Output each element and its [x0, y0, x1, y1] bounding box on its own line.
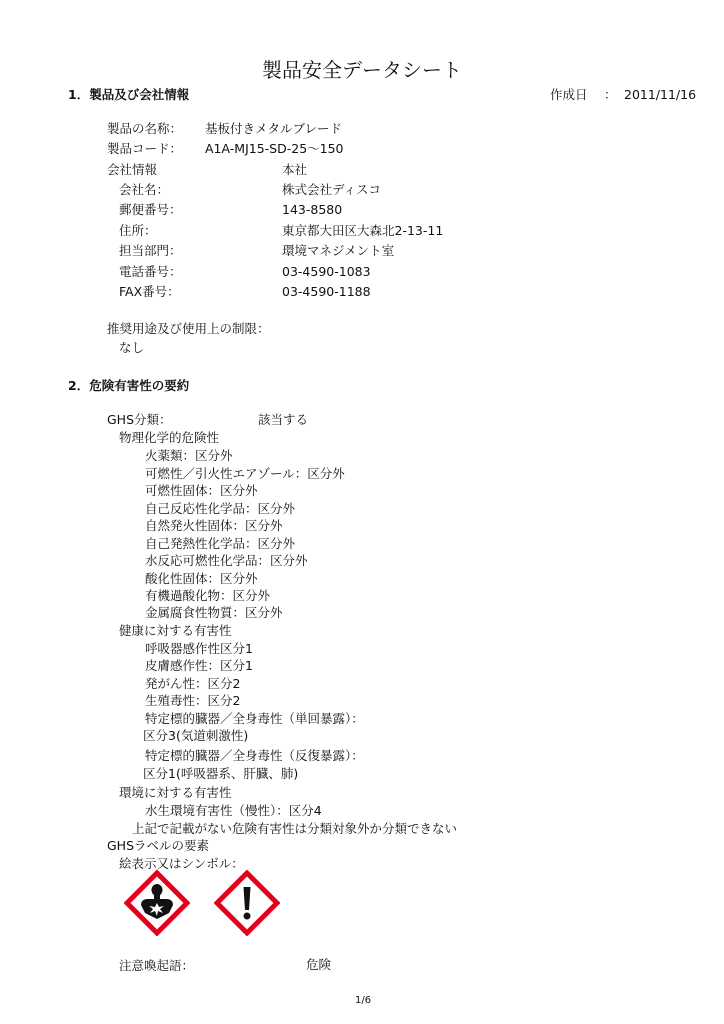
environmental-hazard-item: 水生環境有害性（慢性）：区分4 [145, 805, 322, 818]
health-hazard-item: 特定標的臓器／全身毒性（反復暴露）： [145, 750, 364, 763]
address-value: 東京都大田区大森北2-13-11 [282, 225, 443, 238]
company-info-label: 会社情報 [107, 164, 157, 177]
product-name-label: 製品の名称： [107, 123, 182, 136]
company-info-value: 本社 [282, 164, 307, 177]
department-value: 環境マネジメント室 [282, 245, 394, 258]
health-hazard-item: 生殖毒性：区分2 [145, 695, 240, 708]
recommended-use-value: なし [119, 342, 144, 355]
physical-hazard-item: 火薬類：区分外 [145, 450, 233, 463]
environmental-hazards-label: 環境に対する有害性 [119, 787, 232, 800]
address-label: 住所： [119, 225, 157, 238]
page-number: 1/6 [355, 996, 371, 1006]
health-hazard-pictogram-icon [124, 870, 190, 936]
health-hazard-item: 皮膚感作性：区分1 [145, 660, 253, 673]
postal-code-label: 郵便番号： [119, 204, 182, 217]
pictogram-label: 絵表示又はシンボル： [119, 858, 244, 871]
physical-hazard-item: 自然発火性固体：区分外 [145, 520, 283, 533]
physical-hazard-item: 金属腐食性物質：区分外 [145, 607, 283, 620]
department-label: 担当部門： [119, 245, 182, 258]
fax-label: FAX番号： [119, 286, 180, 299]
product-name-value: 基板付きメタルブレード [205, 123, 342, 136]
health-hazard-item: 発がん性：区分2 [145, 678, 240, 691]
health-hazard-item: 呼吸器感作性区分1 [145, 643, 253, 656]
physical-hazard-item: 酸化性固体：区分外 [145, 573, 258, 586]
document-title: 製品安全データシート [0, 60, 724, 80]
exclamation-mark-pictogram-icon [214, 870, 280, 936]
phone-label: 電話番号： [119, 266, 182, 279]
company-name-value: 株式会社ディスコ [282, 184, 381, 197]
physical-hazard-item: 可燃性固体：区分外 [145, 485, 258, 498]
physical-hazard-item: 有機過酸化物：区分外 [145, 590, 270, 603]
physical-hazard-item: 自己発熱性化学品：区分外 [145, 538, 295, 551]
physical-hazard-item: 可燃性／引火性エアゾール：区分外 [145, 468, 345, 481]
product-code-label: 製品コード： [107, 143, 182, 156]
health-hazard-item: 特定標的臓器／全身毒性（単回暴露）： [145, 713, 364, 726]
date-separator: ： [604, 89, 617, 102]
health-hazard-item: 区分1(呼吸器系、肝臓、肺) [143, 768, 298, 781]
ghs-classification-value: 該当する [258, 414, 308, 427]
phone-value: 03-4590-1083 [282, 266, 371, 279]
postal-code-value: 143-8580 [282, 204, 342, 217]
physical-hazards-label: 物理化学的危険性 [119, 432, 219, 445]
company-name-label: 会社名： [119, 184, 169, 197]
signal-word-value: 危険 [306, 959, 331, 972]
signal-word-label: 注意喚起語： [119, 960, 194, 973]
ghs-classification-label: GHS分類： [107, 414, 172, 427]
health-hazard-item: 区分3(気道刺激性) [143, 730, 248, 743]
section-1-heading: 1．製品及び会社情報 [68, 89, 189, 102]
ghs-label-elements-heading: GHSラベルの要素 [107, 840, 209, 853]
classification-note: 上記で記載がない危険有害性は分類対象外か分類できない [132, 823, 457, 836]
product-code-value: A1A-MJ15-SD-25～150 [205, 143, 344, 156]
physical-hazard-item: 自己反応性化学品：区分外 [145, 503, 295, 516]
fax-value: 03-4590-1188 [282, 286, 371, 299]
date-label: 作成日 [550, 89, 588, 102]
health-hazards-label: 健康に対する有害性 [119, 625, 232, 638]
physical-hazard-item: 水反応可燃性化学品：区分外 [145, 555, 308, 568]
section-2-heading: 2．危険有害性の要約 [68, 380, 189, 393]
recommended-use-label: 推奨用途及び使用上の制限： [107, 323, 270, 336]
date-value: 2011/11/16 [624, 89, 696, 102]
